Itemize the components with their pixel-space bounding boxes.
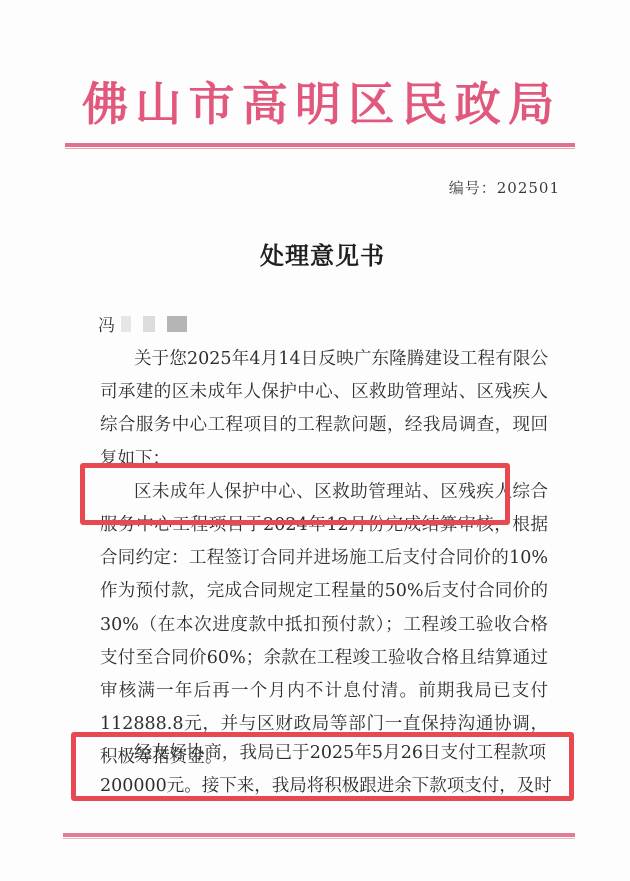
letterhead-divider-thin [65, 148, 575, 149]
paragraph-line: 合同约定：工程签订合同并进场施工后支付合同价的10% [100, 542, 548, 575]
document-body: 关于您2025年4月14日反映广东隆腾建设工程有限公 司承建的区未成年人保护中心… [100, 343, 548, 774]
paragraph-line: 经友好协商，我局已于2025年5月26日支付工程款项 [100, 737, 546, 770]
salutation: 冯 [98, 311, 187, 336]
document-title: 处理意见书 [0, 236, 630, 271]
paragraph-line: 30%（在本次进度款中抵扣预付款）；工程竣工验收合格 [100, 609, 548, 642]
document-number-label: 编号： [449, 179, 497, 197]
recipient-surname: 冯 [98, 311, 115, 336]
redacted-name-block [121, 316, 131, 332]
document-number-value: 202501 [497, 179, 560, 197]
paragraph-line: 服务中心工程项目于2024年12月份完成结算审核，根据 [100, 509, 548, 542]
paragraph-line: 200000元。接下来，我局将积极跟进余下款项支付，及时 [100, 770, 546, 803]
paragraph-line: 支付至合同价60%；余款在工程竣工验收合格且结算通过 [100, 642, 548, 675]
paragraph-line: 区未成年人保护中心、区救助管理站、区残疾人综合 [100, 476, 548, 509]
redacted-name-block [167, 316, 187, 332]
document-body-continued: 经友好协商，我局已于2025年5月26日支付工程款项 200000元。接下来，我… [100, 737, 546, 803]
paragraph-line: 审核满一年后再一个月内不计息付清。前期我局已支付 [100, 675, 548, 708]
paragraph-line: 司承建的区未成年人保护中心、区救助管理站、区残疾人 [100, 376, 548, 409]
paragraph-line: 复如下： [100, 443, 548, 476]
paragraph-line: 作为预付款，完成合同规定工程量的50%后支付合同价的 [100, 575, 548, 608]
paragraph-line: 关于您2025年4月14日反映广东隆腾建设工程有限公 [100, 343, 548, 376]
document-page: 佛山市高明区民政局 编号：202501 处理意见书 冯 关于您2025年4月14… [0, 0, 630, 881]
agency-letterhead-title: 佛山市高明区民政局 [82, 78, 557, 130]
footer-divider-thin [63, 838, 575, 839]
paragraph-line: 综合服务中心工程项目的工程款问题，经我局调查，现回 [100, 409, 548, 442]
document-number: 编号：202501 [449, 177, 560, 198]
letterhead-divider-thick [65, 143, 575, 147]
footer-divider-thick [63, 833, 575, 837]
redacted-name-block [143, 316, 155, 332]
